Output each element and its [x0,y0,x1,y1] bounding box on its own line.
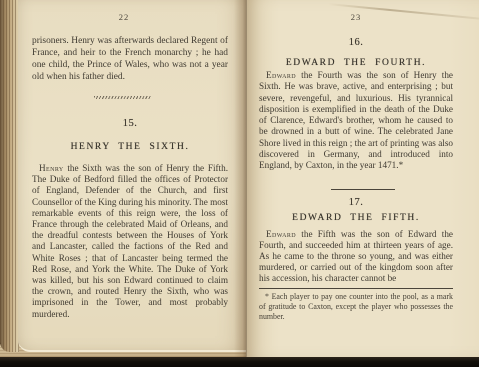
section-number-16: 16. [259,37,453,48]
lead-word: Edward [266,70,296,80]
page-stack-left-edge [0,0,19,352]
background-table-edge [0,357,479,367]
lead-word: Henry [39,163,64,173]
book-photo: 22 prisoners. Henry was afterwards decla… [0,0,479,367]
left-page: 22 prisoners. Henry was afterwards decla… [18,0,247,352]
body-text: the Fourth was the son of Henry the Sixt… [259,70,453,170]
squiggle-divider [94,96,151,99]
section-body-edward-the-fourth: Edward the Fourth was the son of Henry t… [259,70,453,172]
continuation-paragraph: prisoners. Henry was afterwards declared… [32,35,228,83]
section-title-edward-the-fourth: EDWARD THE FOURTH. [259,58,453,68]
section-number-15: 15. [32,118,228,129]
section-body-edward-the-fifth: Edward the Fifth was the son of Edward t… [259,229,453,284]
lead-word: Edward [266,229,296,239]
book-gutter-shadow [234,0,247,357]
body-text: the Sixth was the son of Henry the Fifth… [32,163,228,319]
footnote: * Each player to pay one counter into th… [259,288,453,323]
left-page-number: 22 [26,12,222,22]
section-number-17: 17. [259,197,453,208]
section-title-henry-the-sixth: HENRY THE SIXTH. [32,142,228,152]
right-page: 23 16. EDWARD THE FOURTH. Edward the Fou… [246,0,479,357]
section-divider-rule [331,189,395,190]
section-title-edward-the-fifth: EDWARD THE FIFTH. [259,213,453,223]
section-body-henry-the-sixth: Henry the Sixth was the son of Henry the… [32,163,228,320]
